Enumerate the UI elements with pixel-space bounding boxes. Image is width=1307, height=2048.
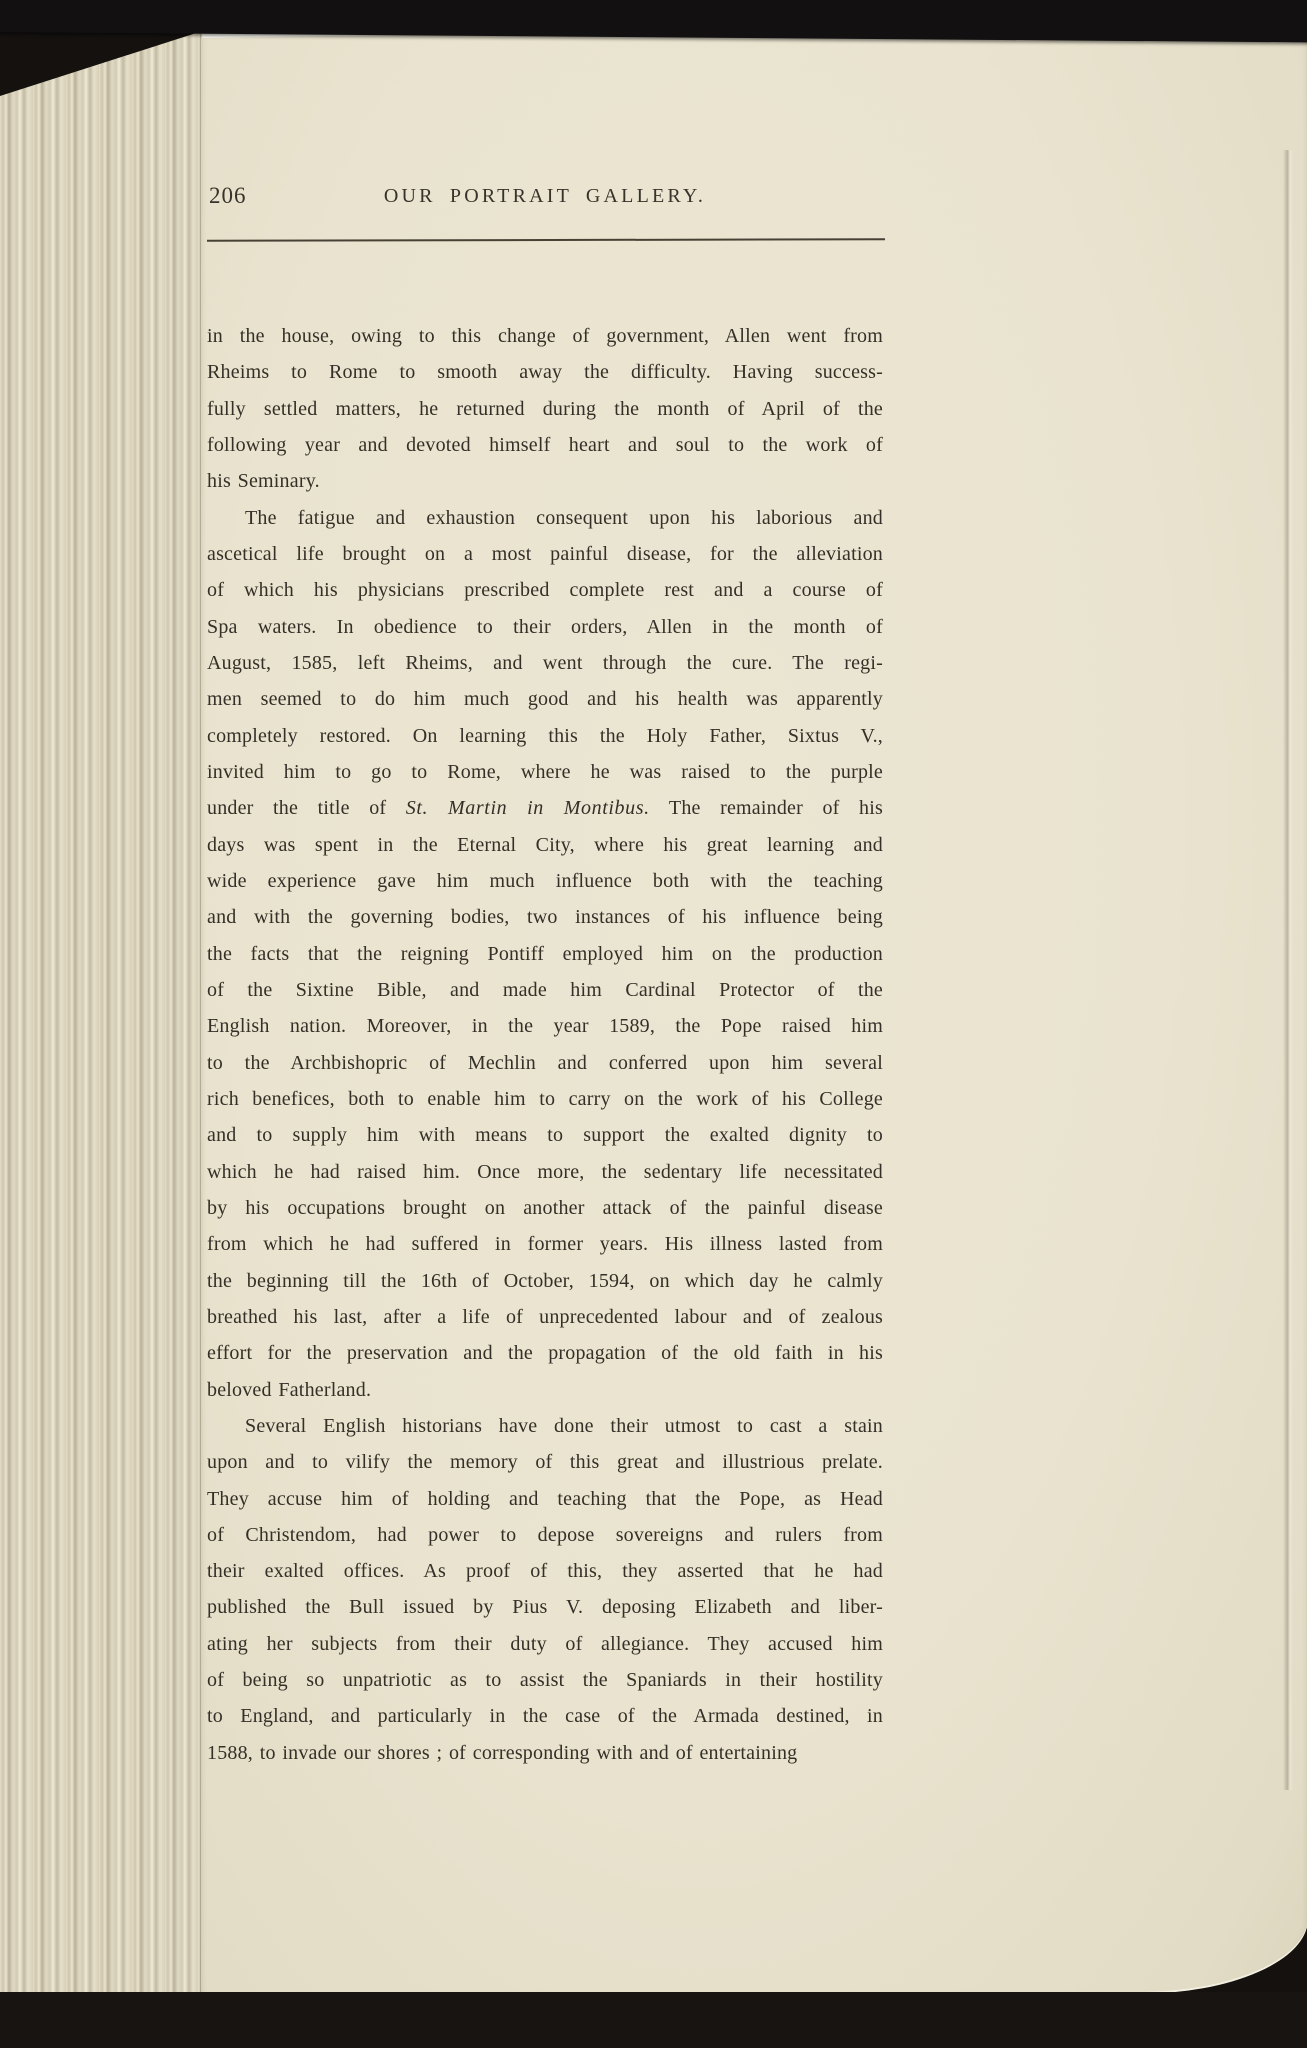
text-line: days was spent in the Eternal City, wher… [207, 827, 883, 863]
text-line: breathed his last, after a life of unpre… [207, 1299, 883, 1335]
text-line: invited him to go to Rome, where he was … [207, 754, 883, 790]
text-line: The fatigue and exhaustion consequent up… [207, 500, 883, 536]
text-line: English nation. Moreover, in the year 15… [207, 1008, 883, 1044]
paragraph: in the house, owing to this change of go… [207, 318, 883, 500]
text-line: following year and devoted himself heart… [207, 427, 883, 463]
text-line: and to supply him with means to support … [207, 1117, 883, 1153]
text-line: upon and to vilify the memory of this gr… [207, 1444, 883, 1480]
text-line: completely restored. On learning this th… [207, 718, 883, 754]
text-line: their exalted offices. As proof of this,… [207, 1553, 883, 1589]
text-line: effort for the preservation and the prop… [207, 1335, 883, 1371]
text-line: of Christendom, had power to depose sove… [207, 1517, 883, 1553]
book-page-edges [0, 26, 218, 2014]
paragraph: Several English historians have done the… [207, 1408, 883, 1771]
text-line: and with the governing bodies, two insta… [207, 899, 883, 935]
text-line: the beginning till the 16th of October, … [207, 1263, 883, 1299]
text-line: to the Archbishopric of Mechlin and conf… [207, 1045, 883, 1081]
running-title: OUR PORTRAIT GALLERY. [207, 185, 883, 208]
text-line: ascetical life brought on a most painful… [207, 536, 883, 572]
text-line: of being so unpatriotic as to assist the… [207, 1662, 883, 1698]
text-line: of the Sixtine Bible, and made him Cardi… [207, 972, 883, 1008]
text-line: fully settled matters, he returned durin… [207, 391, 883, 427]
text-line: beloved Fatherland. [207, 1372, 883, 1408]
text-line: under the title of St. Martin in Montibu… [207, 790, 883, 826]
text-line: by his occupations brought on another at… [207, 1190, 883, 1226]
text-line: 1588, to invade our shores ; of correspo… [207, 1735, 883, 1771]
text-block: in the house, owing to this change of go… [207, 318, 883, 1771]
text-line: men seemed to do him much good and his h… [207, 681, 883, 717]
text-line: in the house, owing to this change of go… [207, 318, 883, 354]
text-line: which he had raised him. Once more, the … [207, 1154, 883, 1190]
text-line: the facts that the reigning Pontiff empl… [207, 936, 883, 972]
paragraph: The fatigue and exhaustion consequent up… [207, 500, 883, 1408]
text-line: ating her subjects from their duty of al… [207, 1626, 883, 1662]
text-line: They accuse him of holding and teaching … [207, 1481, 883, 1517]
text-line: Rheims to Rome to smooth away the diffic… [207, 354, 883, 390]
photo-background-bottom [0, 1992, 1307, 2048]
text-line: August, 1585, left Rheims, and went thro… [207, 645, 883, 681]
page-gutter-crease [1283, 150, 1293, 1790]
text-line: rich benefices, both to enable him to ca… [207, 1081, 883, 1117]
text-line: from which he had suffered in former yea… [207, 1226, 883, 1262]
text-line: Spa waters. In obedience to their orders… [207, 609, 883, 645]
text-line: of which his physicians prescribed compl… [207, 572, 883, 608]
text-line: Several English historians have done the… [207, 1408, 883, 1444]
text-line: published the Bull issued by Pius V. dep… [207, 1589, 883, 1625]
text-line: wide experience gave him much influence … [207, 863, 883, 899]
page-header: 206 OUR PORTRAIT GALLERY. [207, 183, 883, 213]
text-line: to England, and particularly in the case… [207, 1698, 883, 1734]
text-line: his Seminary. [207, 463, 883, 499]
